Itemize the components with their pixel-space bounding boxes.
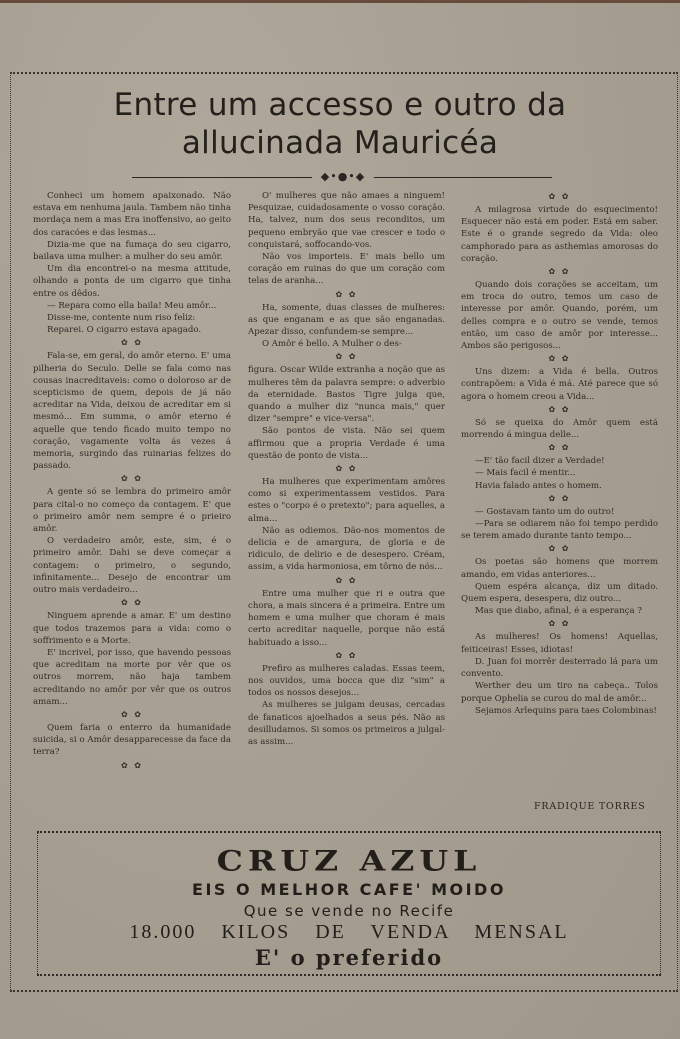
article-title: Entre um accesso e outro da allucinada M… — [20, 86, 660, 162]
section-separator-icon: ✿ ✿ — [461, 543, 658, 555]
section-separator-icon: ✿ ✿ — [461, 266, 658, 278]
article-paragraph: Prefiro as mulheres caladas. Essas teem,… — [248, 663, 445, 700]
article-paragraph: Não vos importeis. E' mais bello um cora… — [248, 251, 445, 288]
section-separator-icon: ✿ ✿ — [248, 463, 445, 475]
section-separator-icon: ✿ ✿ — [248, 351, 445, 363]
article-paragraph: A milagrosa virtude do esquecimento! Esq… — [461, 204, 658, 265]
section-separator-icon: ✿ ✿ — [461, 191, 658, 203]
ad-brand-name: CRUZ AZUL — [38, 844, 660, 877]
article-paragraph: Entre uma mulher que ri e outra que chor… — [248, 588, 445, 649]
article-paragraph: —E' tão facil dizer a Verdade! — [461, 455, 658, 467]
article-paragraph: — Mais facil é mentir... — [461, 467, 658, 479]
article-paragraph: Sejamos Arlequins para taes Colombinas! — [461, 705, 658, 717]
article-paragraph: São pontos de vista. Não sei quem affirm… — [248, 425, 445, 462]
ad-sales-figure: 18.000 KILOS DE VENDA MENSAL — [38, 921, 660, 944]
section-separator-icon: ✿ ✿ — [461, 404, 658, 416]
article-paragraph: Quem faria o enterro da humanidade suici… — [33, 722, 231, 759]
article-paragraph: Havia falado antes o homem. — [461, 480, 658, 492]
article-paragraph: Só se queixa do Amôr quem está morrendo … — [461, 417, 658, 441]
article-paragraph: Não as odiemos. Dão-nos momentos de deli… — [248, 525, 445, 574]
article-paragraph: O' mulheres que não amaes a ninguem! Pes… — [248, 190, 445, 251]
article-column-2: O' mulheres que não amaes a ninguem! Pes… — [248, 190, 445, 748]
article-paragraph: Fala-se, em geral, do amôr eterno. E' um… — [33, 350, 231, 472]
section-separator-icon: ✿ ✿ — [248, 650, 445, 662]
ad-location: Que se vende no Recife — [38, 902, 660, 920]
title-line-1: Entre um accesso e outro da — [114, 87, 567, 123]
ornament-glyph: ◆•●•◆ — [318, 169, 368, 185]
article-paragraph: — Repara como ella baila! Meu amôr... — [33, 300, 231, 312]
section-separator-icon: ✿ ✿ — [33, 760, 231, 772]
article-paragraph: As mulheres se julgam deusas, cercadas d… — [248, 699, 445, 748]
article-column-1: Conheci um homem apaixonado. Não estava … — [33, 190, 231, 773]
article-paragraph: Reparei. O cigarro estava apagado. — [33, 324, 231, 336]
section-separator-icon: ✿ ✿ — [33, 709, 231, 721]
section-separator-icon: ✿ ✿ — [248, 575, 445, 587]
article-column-3: ✿ ✿A milagrosa virtude do esquecimento! … — [461, 190, 658, 717]
article-paragraph: Disse-me, contente num riso feliz: — [33, 312, 231, 324]
ad-slogan: E' o preferido — [38, 945, 660, 970]
section-separator-icon: ✿ ✿ — [33, 337, 231, 349]
article-paragraph: Quando dois corações se acceitam, um em … — [461, 279, 658, 352]
article-paragraph: As mulheres! Os homens! Aquellas, feitic… — [461, 631, 658, 655]
cruz-azul-advertisement: CRUZ AZUL EIS O MELHOR CAFE' MOIDO Que s… — [37, 831, 661, 976]
title-ornament-divider: ◆•●•◆ — [132, 173, 552, 183]
section-separator-icon: ✿ ✿ — [33, 473, 231, 485]
article-paragraph: O verdadeiro amôr, este, sim, é o primei… — [33, 535, 231, 596]
article-paragraph: A gente só se lembra do primeiro amôr pa… — [33, 486, 231, 535]
article-paragraph: Quem espéra alcança, diz um ditado. Quem… — [461, 581, 658, 605]
title-line-2: allucinada Mauricéa — [182, 125, 498, 161]
article-paragraph: Dizia-me que na fumaça do seu cigarro, b… — [33, 239, 231, 263]
article-paragraph: Os poetas são homens que morrem amando, … — [461, 556, 658, 580]
page-top-edge — [0, 0, 680, 3]
article-paragraph: O Amôr é bello. A Mulher o des- — [248, 338, 445, 350]
section-separator-icon: ✿ ✿ — [248, 289, 445, 301]
article-paragraph: Ha mulheres que experimentam amôres como… — [248, 476, 445, 525]
section-separator-icon: ✿ ✿ — [33, 597, 231, 609]
section-separator-icon: ✿ ✿ — [461, 618, 658, 630]
article-paragraph: Um dia encontrei-o na mesma attitude, ol… — [33, 263, 231, 300]
ad-tagline: EIS O MELHOR CAFE' MOIDO — [38, 880, 660, 899]
author-signature: FRADIQUE TORRES — [534, 801, 646, 812]
article-paragraph: D. Juan foi morrêr desterrado lá para um… — [461, 656, 658, 680]
article-paragraph: figura. Oscar Wilde extranha a noção que… — [248, 364, 445, 425]
article-paragraph: E' incrivel, por isso, que havendo pesso… — [33, 647, 231, 708]
article-paragraph: —Para se odiarem não foi tempo perdido s… — [461, 518, 658, 542]
section-separator-icon: ✿ ✿ — [461, 493, 658, 505]
article-paragraph: Werther deu um tiro na cabeça.. Tolos po… — [461, 680, 658, 704]
article-paragraph: Ninguem aprende a amar. E' um destino qu… — [33, 610, 231, 647]
section-separator-icon: ✿ ✿ — [461, 442, 658, 454]
section-separator-icon: ✿ ✿ — [461, 353, 658, 365]
article-paragraph: Mas que diabo, afinal, é a esperança ? — [461, 605, 658, 617]
article-paragraph: Uns dizem: a Vida é bella. Outros contra… — [461, 366, 658, 403]
article-paragraph: — Gostavam tanto um do outro! — [461, 506, 658, 518]
article-paragraph: Ha, somente, duas classes de mulheres: a… — [248, 302, 445, 339]
article-paragraph: Conheci um homem apaixonado. Não estava … — [33, 190, 231, 239]
